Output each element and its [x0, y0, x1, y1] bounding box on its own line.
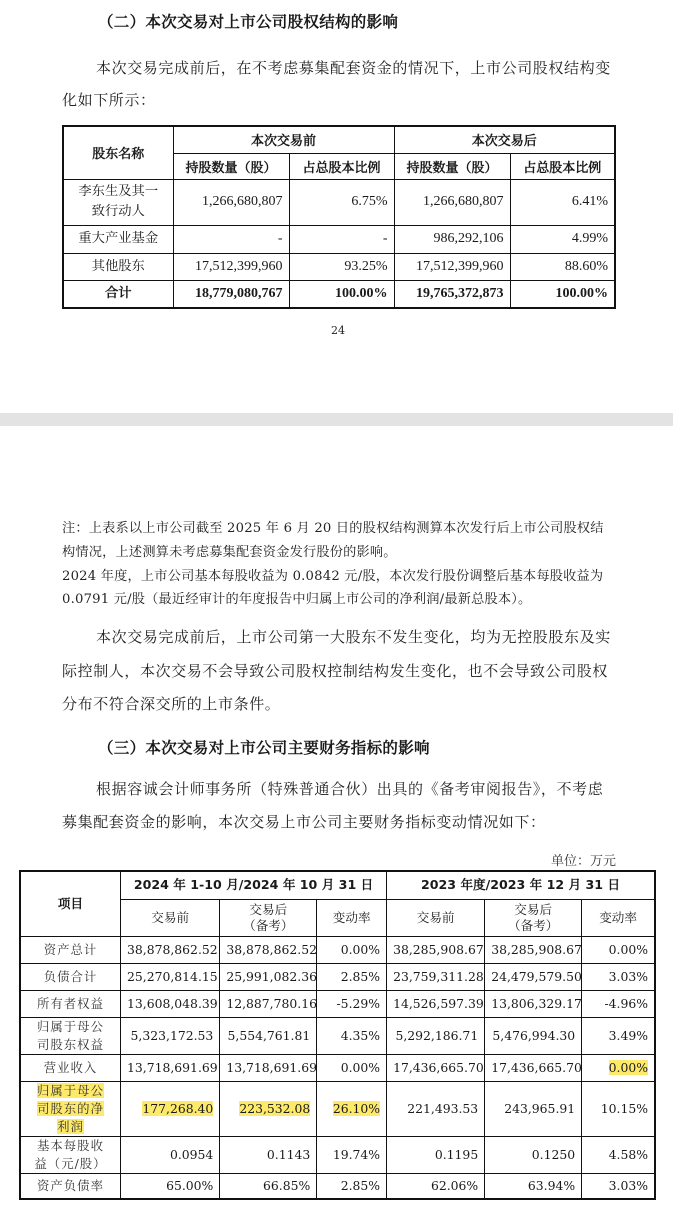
p1-after: 12,887,780.16 [220, 990, 317, 1017]
p2-after: 63.94% [485, 1173, 582, 1199]
p2-before: 14,526,597.39 [387, 990, 485, 1017]
para2-line2: 际控制人，本次交易不会导致公司股权控制结构发生变化，也不会导致公司股权 [62, 656, 608, 686]
item-label-line3: 利润 [57, 1119, 84, 1134]
p2-after: 13,806,329.17 [485, 990, 582, 1017]
header-p2-after: 交易后 （备考） [485, 899, 582, 936]
table-row: 资产总计 38,878,862.52 38,878,862.52 0.00% 3… [20, 936, 655, 963]
total-after-shares: 19,765,372,873 [394, 280, 510, 308]
header-p1-change: 变动率 [317, 899, 387, 936]
item-label: 营业收入 [20, 1054, 121, 1081]
p1-before: 0.0954 [121, 1136, 220, 1173]
p2-after: 38,285,908.67 [485, 936, 582, 963]
p2-after: 243,965.91 [485, 1081, 582, 1136]
para2-line1: 本次交易完成前后，上市公司第一大股东不发生变化，均为无控股股东及实 [96, 622, 611, 652]
p2-change: 3.03% [582, 963, 655, 990]
p2-after: 5,476,994.30 [485, 1017, 582, 1054]
table-row: 基本每股收 益（元/股） 0.0954 0.1143 19.74% 0.1195… [20, 1136, 655, 1173]
p1-change: 2.85% [317, 963, 387, 990]
p2-before: 17,436,665.70 [387, 1054, 485, 1081]
p2-change: 0.00% [582, 936, 655, 963]
p1-after: 38,878,862.52 [220, 936, 317, 963]
header-after-shares: 持股数量（股） [394, 153, 510, 179]
p1-after: 223,532.08 [220, 1081, 317, 1136]
p2-change: 3.49% [582, 1017, 655, 1054]
header-after-ratio: 占总股本比例 [510, 153, 615, 179]
item-label-line1: 基本每股收 [24, 1137, 117, 1155]
item-label-line2: 益（元/股） [24, 1155, 117, 1173]
p2-change: 3.03% [582, 1173, 655, 1199]
shareholder-name-line2: 致行动人 [70, 202, 167, 222]
p2-before: 0.1195 [387, 1136, 485, 1173]
header-p1-before: 交易前 [121, 899, 220, 936]
item-label: 资产负债率 [20, 1173, 121, 1199]
p2-change: 4.58% [582, 1136, 655, 1173]
p1-change: 26.10% [317, 1081, 387, 1136]
highlighted-value: 223,532.08 [239, 1101, 310, 1116]
p1-before: 38,878,862.52 [121, 936, 220, 963]
para3-line2: 募集配套资金的影响，本次交易上市公司主要财务指标变动情况如下： [62, 807, 546, 837]
financial-indicators-table: 项目 2024 年 1-10 月/2024 年 10 月 31 日 2023 年… [19, 870, 656, 1200]
p2-before: 62.06% [387, 1173, 485, 1199]
header-period-2024: 2024 年 1-10 月/2024 年 10 月 31 日 [121, 871, 387, 899]
p2-before: 23,759,311.28 [387, 963, 485, 990]
note-line2: 构情况，上述测算未考虑募集配套资金发行股份的影响。 [62, 542, 397, 564]
section-title-equity-structure: （二）本次交易对上市公司股权结构的影响 [98, 10, 398, 32]
header-p2-change: 变动率 [582, 899, 655, 936]
header-before: 本次交易前 [173, 126, 394, 153]
after-ratio: 4.99% [510, 225, 615, 253]
after-ratio: 88.60% [510, 253, 615, 280]
p1-before: 13,718,691.69 [121, 1054, 220, 1081]
unit-label: 单位：万元 [551, 850, 616, 869]
table-row: 营业收入 13,718,691.69 13,718,691.69 0.00% 1… [20, 1054, 655, 1081]
p2-after: 24,479,579.50 [485, 963, 582, 990]
header-after-line1: 交易后 [226, 902, 310, 918]
p2-after: 0.1250 [485, 1136, 582, 1173]
p1-change: 4.35% [317, 1017, 387, 1054]
total-before-shares: 18,779,080,767 [173, 280, 289, 308]
before-shares: 17,512,399,960 [173, 253, 289, 280]
p2-change: 10.15% [582, 1081, 655, 1136]
item-label-line1: 归属于母公 [24, 1018, 117, 1036]
header-after-line1: 交易后 [491, 902, 575, 918]
para2-line3: 分布不符合深交所的上市条件。 [62, 689, 280, 719]
highlighted-value: 0.00% [609, 1060, 648, 1075]
item-label-line1: 归属于母公 [37, 1083, 104, 1098]
note-line4: 0.0791 元/股（最近经审计的年度报告中归属上市公司的净利润/最新总股本）。 [62, 589, 531, 611]
p1-after: 0.1143 [220, 1136, 317, 1173]
para3-line1: 根据容诚会计师事务所（特殊普通合伙）出具的《备考审阅报告》，不考虑 [96, 774, 603, 804]
p2-change: 0.00% [582, 1054, 655, 1081]
total-before-ratio: 100.00% [289, 280, 394, 308]
p2-before: 221,493.53 [387, 1081, 485, 1136]
item-label: 资产总计 [20, 936, 121, 963]
after-shares: 17,512,399,960 [394, 253, 510, 280]
shareholder-name-line1: 李东生及其一 [70, 182, 167, 202]
p1-after: 66.85% [220, 1173, 317, 1199]
table-row: 重大产业基金 - - 986,292,106 4.99% [63, 225, 615, 253]
after-shares: 986,292,106 [394, 225, 510, 253]
p1-after: 13,718,691.69 [220, 1054, 317, 1081]
header-item: 项目 [20, 871, 121, 936]
before-ratio: 93.25% [289, 253, 394, 280]
header-before-shares: 持股数量（股） [173, 153, 289, 179]
table-row: 所有者权益 13,608,048.39 12,887,780.16 -5.29%… [20, 990, 655, 1017]
item-label: 基本每股收 益（元/股） [20, 1136, 121, 1173]
p1-change: -5.29% [317, 990, 387, 1017]
note-line1: 注：上表系以上市公司截至 2025 年 6 月 20 日的股权结构测算本次发行后… [62, 518, 604, 540]
p2-before: 5,292,186.71 [387, 1017, 485, 1054]
table-row: 归属于母公 司股东的净 利润 177,268.40 223,532.08 26.… [20, 1081, 655, 1136]
before-shares: - [173, 225, 289, 253]
shareholder-name: 李东生及其一 致行动人 [63, 179, 173, 225]
p2-after: 17,436,665.70 [485, 1054, 582, 1081]
item-label-line2: 司股东的净 [37, 1101, 104, 1116]
section-title-financial-indicators: （三）本次交易对上市公司主要财务指标的影响 [98, 736, 430, 758]
p1-change: 0.00% [317, 936, 387, 963]
highlighted-value: 26.10% [333, 1101, 380, 1116]
before-shares: 1,266,680,807 [173, 179, 289, 225]
p1-change: 19.74% [317, 1136, 387, 1173]
p2-before: 38,285,908.67 [387, 936, 485, 963]
p1-before: 65.00% [121, 1173, 220, 1199]
highlighted-value: 177,268.40 [142, 1101, 213, 1116]
header-after: 本次交易后 [394, 126, 615, 153]
page-separator [0, 413, 673, 426]
item-label: 归属于母公 司股东的净 利润 [20, 1081, 121, 1136]
p1-change: 2.85% [317, 1173, 387, 1199]
p1-after: 25,991,082.36 [220, 963, 317, 990]
page-number: 24 [331, 324, 345, 337]
after-ratio: 6.41% [510, 179, 615, 225]
p1-before: 5,323,172.53 [121, 1017, 220, 1054]
header-p2-before: 交易前 [387, 899, 485, 936]
before-ratio: - [289, 225, 394, 253]
table-row: 其他股东 17,512,399,960 93.25% 17,512,399,96… [63, 253, 615, 280]
before-ratio: 6.75% [289, 179, 394, 225]
total-label: 合计 [63, 280, 173, 308]
table-row: 李东生及其一 致行动人 1,266,680,807 6.75% 1,266,68… [63, 179, 615, 225]
header-after-line2: （备考） [491, 918, 575, 934]
header-after-line2: （备考） [226, 918, 310, 934]
p2-change: -4.96% [582, 990, 655, 1017]
note-line3: 2024 年度，上市公司基本每股收益为 0.0842 元/股，本次发行股份调整后… [62, 566, 603, 588]
header-p1-after: 交易后 （备考） [220, 899, 317, 936]
p1-change: 0.00% [317, 1054, 387, 1081]
intro-paragraph-line1: 本次交易完成前后，在不考虑募集配套资金的情况下，上市公司股权结构变 [96, 53, 611, 83]
p1-before: 25,270,814.15 [121, 963, 220, 990]
item-label: 负债合计 [20, 963, 121, 990]
header-shareholder-name: 股东名称 [63, 126, 173, 179]
shareholder-name: 重大产业基金 [63, 225, 173, 253]
intro-paragraph-line2: 化如下所示： [62, 85, 156, 115]
p1-before: 13,608,048.39 [121, 990, 220, 1017]
table-total-row: 合计 18,779,080,767 100.00% 19,765,372,873… [63, 280, 615, 308]
table-row: 负债合计 25,270,814.15 25,991,082.36 2.85% 2… [20, 963, 655, 990]
total-after-ratio: 100.00% [510, 280, 615, 308]
header-period-2023: 2023 年度/2023 年 12 月 31 日 [387, 871, 655, 899]
item-label-line2: 司股东权益 [24, 1036, 117, 1054]
header-before-ratio: 占总股本比例 [289, 153, 394, 179]
shareholding-table: 股东名称 本次交易前 本次交易后 持股数量（股） 占总股本比例 持股数量（股） … [62, 125, 616, 309]
table-row: 归属于母公 司股东权益 5,323,172.53 5,554,761.81 4.… [20, 1017, 655, 1054]
item-label: 归属于母公 司股东权益 [20, 1017, 121, 1054]
p1-after: 5,554,761.81 [220, 1017, 317, 1054]
table-row: 资产负债率 65.00% 66.85% 2.85% 62.06% 63.94% … [20, 1173, 655, 1199]
shareholder-name: 其他股东 [63, 253, 173, 280]
after-shares: 1,266,680,807 [394, 179, 510, 225]
item-label: 所有者权益 [20, 990, 121, 1017]
p1-before: 177,268.40 [121, 1081, 220, 1136]
